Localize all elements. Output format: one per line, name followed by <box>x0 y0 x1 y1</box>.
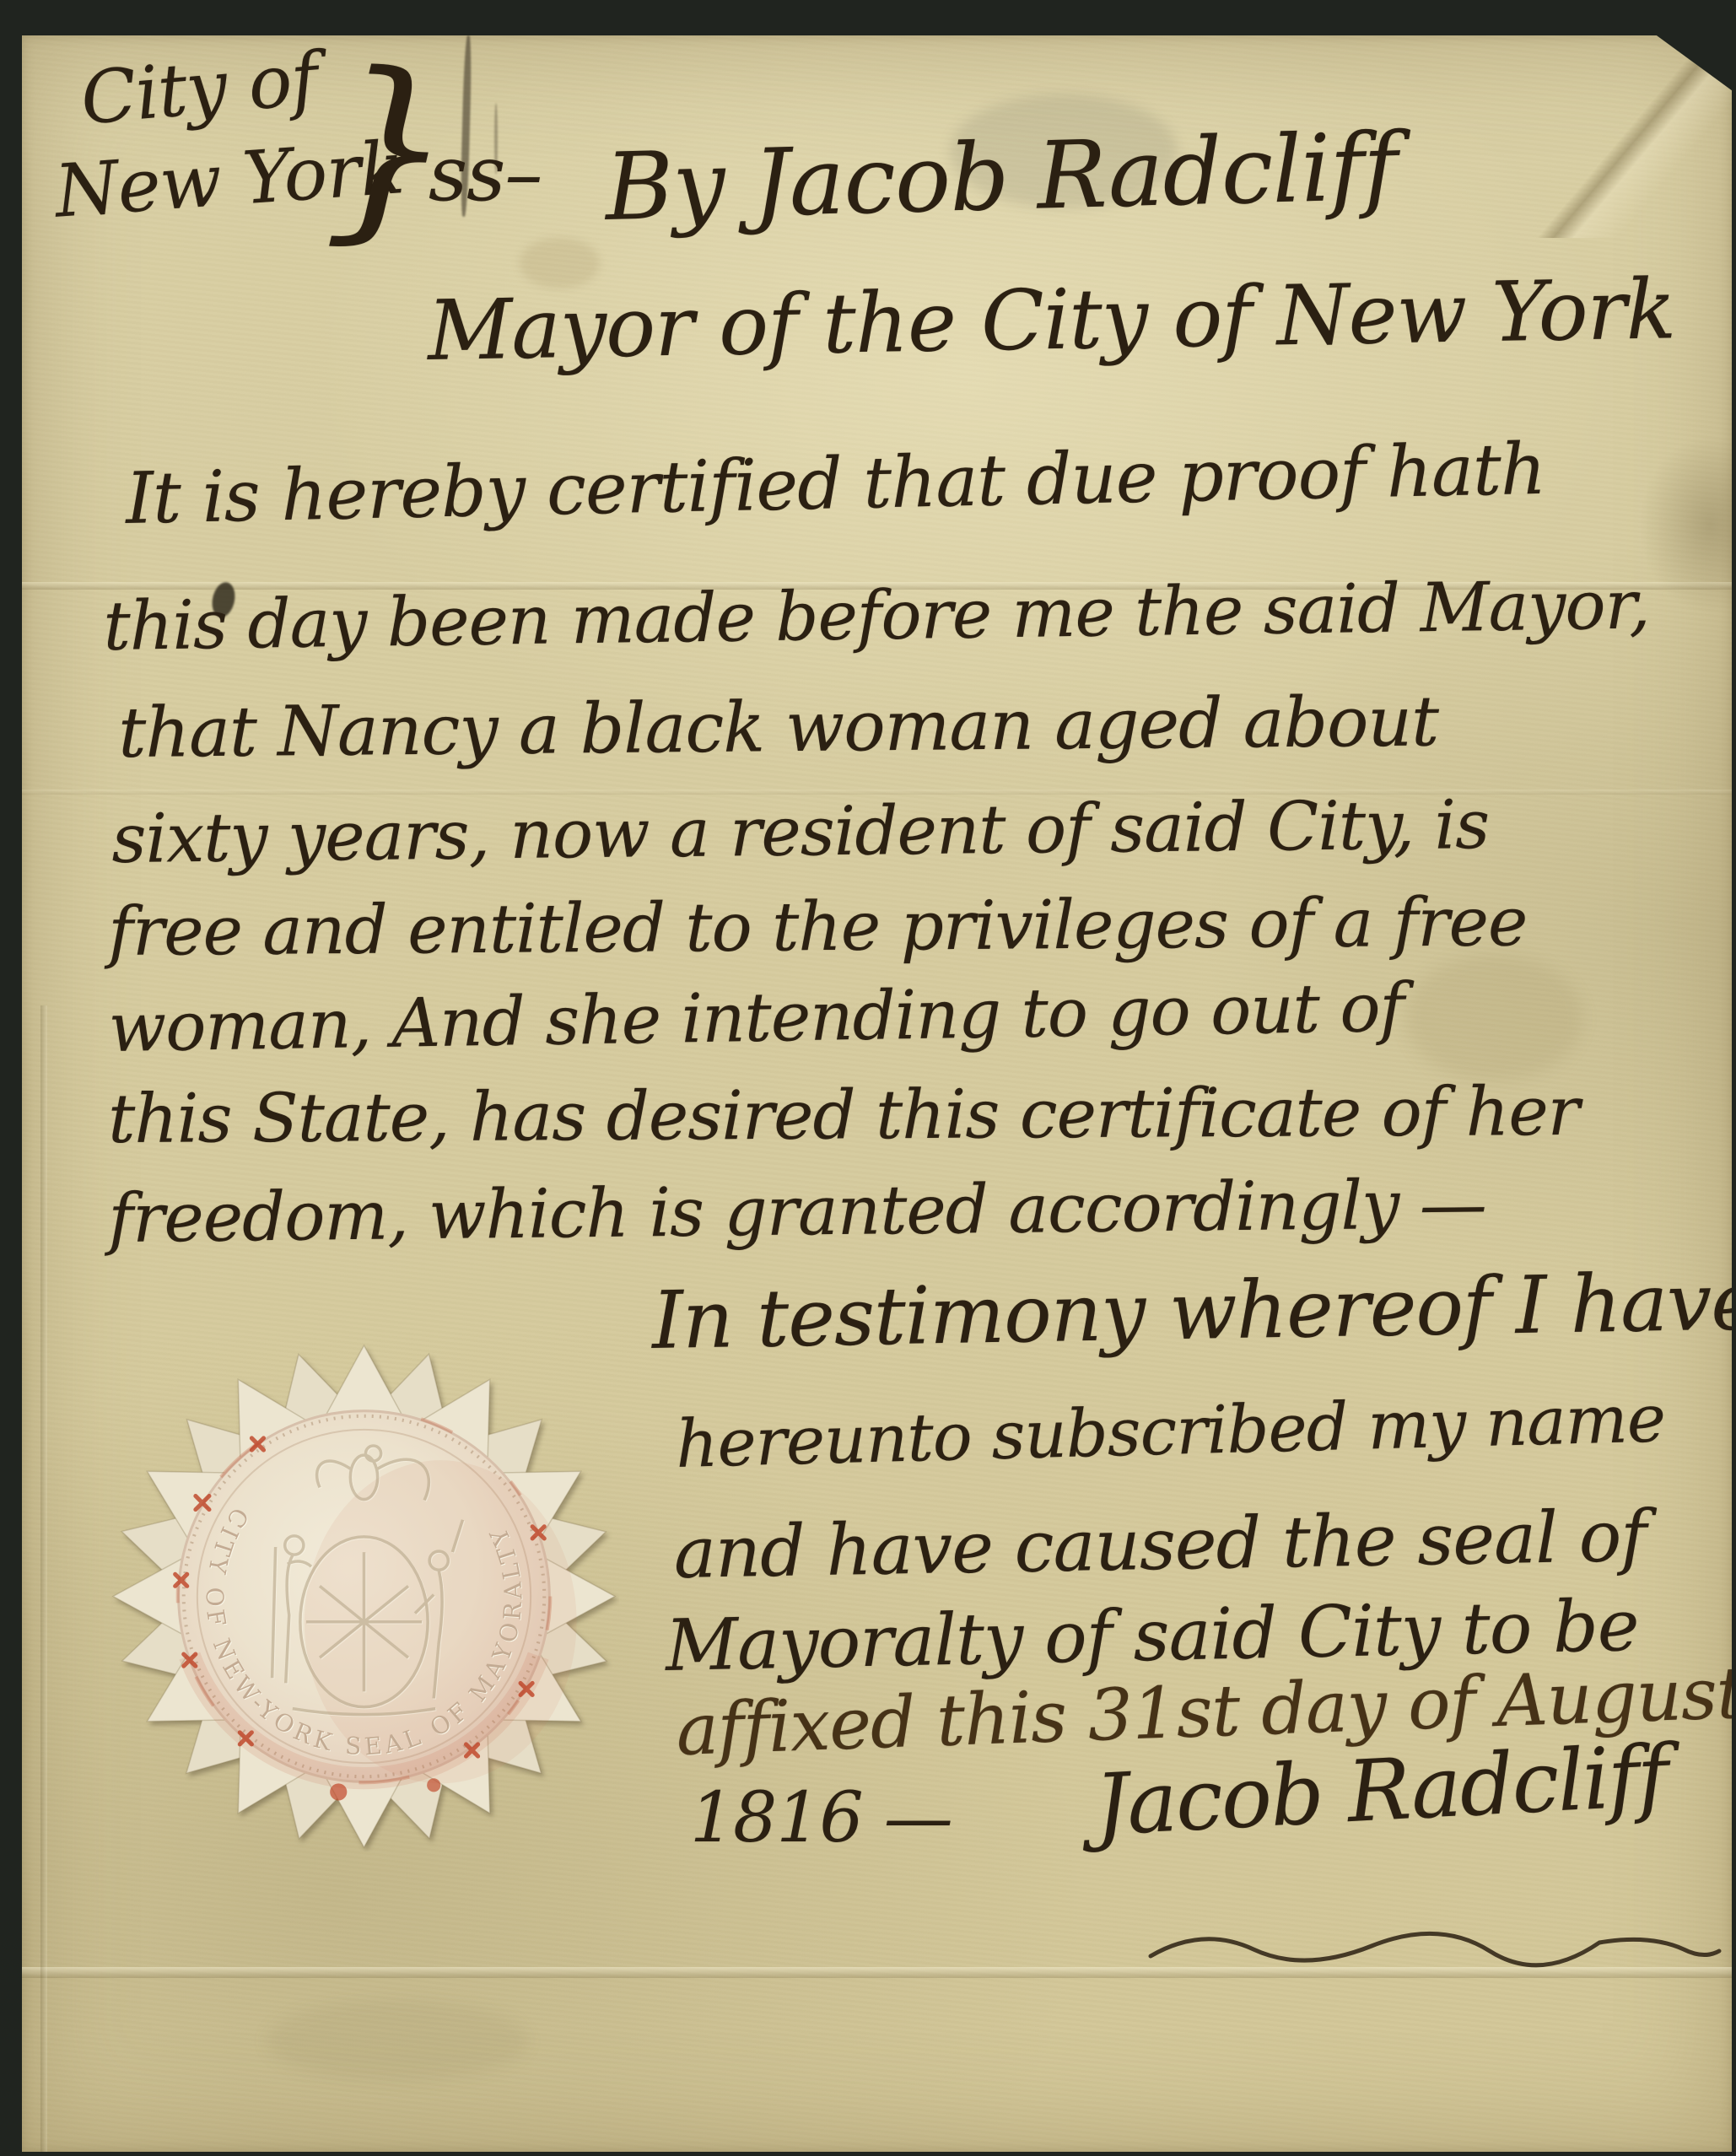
paper-sheet: City of New York } ss– By Jacob Radcliff… <box>22 35 1732 2152</box>
testimony-line-2: hereunto subscribed my name <box>675 1381 1666 1483</box>
shield-emboss <box>300 1537 428 1707</box>
testimony-line-3: and have caused the seal of <box>673 1495 1647 1594</box>
body-line-5: free and entitled to the privileges of a… <box>108 882 1528 971</box>
mayoralty-seal: CITY OF NEW-YORK SEAL OF MAYORALTY <box>109 1341 619 1851</box>
heading-title-line: Mayor of the City of New York <box>427 261 1676 380</box>
jurisdiction-ss-mark: ss– <box>429 130 542 218</box>
signature-flourish <box>1144 1912 1726 1980</box>
body-line-4: sixty years, now a resident of said City… <box>111 785 1490 878</box>
fold-crease-left-vertical <box>40 1005 47 2152</box>
body-line-2: this day been made before me the said Ma… <box>103 565 1650 666</box>
heading-by-line: By Jacob Radcliff <box>604 112 1399 241</box>
corner-fold-shadow <box>1496 35 1732 238</box>
jurisdiction-place-line1: City of <box>78 37 321 142</box>
body-line-3: that Nancy a black woman aged about <box>118 682 1439 773</box>
paper-stain <box>267 2001 528 2081</box>
body-line-7: this State, has desired this certificate… <box>108 1072 1579 1158</box>
body-line-8: freedom, which is granted accordingly — <box>108 1165 1486 1258</box>
date-line: 1816 — <box>690 1778 952 1858</box>
body-line-6: woman, And she intending to go out of <box>108 968 1404 1067</box>
body-line-1: It is hereby certified that due proof ha… <box>125 428 1546 540</box>
scan-backdrop: City of New York } ss– By Jacob Radcliff… <box>0 0 1736 2156</box>
testimony-line-1: In testimony whereof I have <box>651 1256 1736 1367</box>
paper-stain <box>1405 955 1582 1081</box>
